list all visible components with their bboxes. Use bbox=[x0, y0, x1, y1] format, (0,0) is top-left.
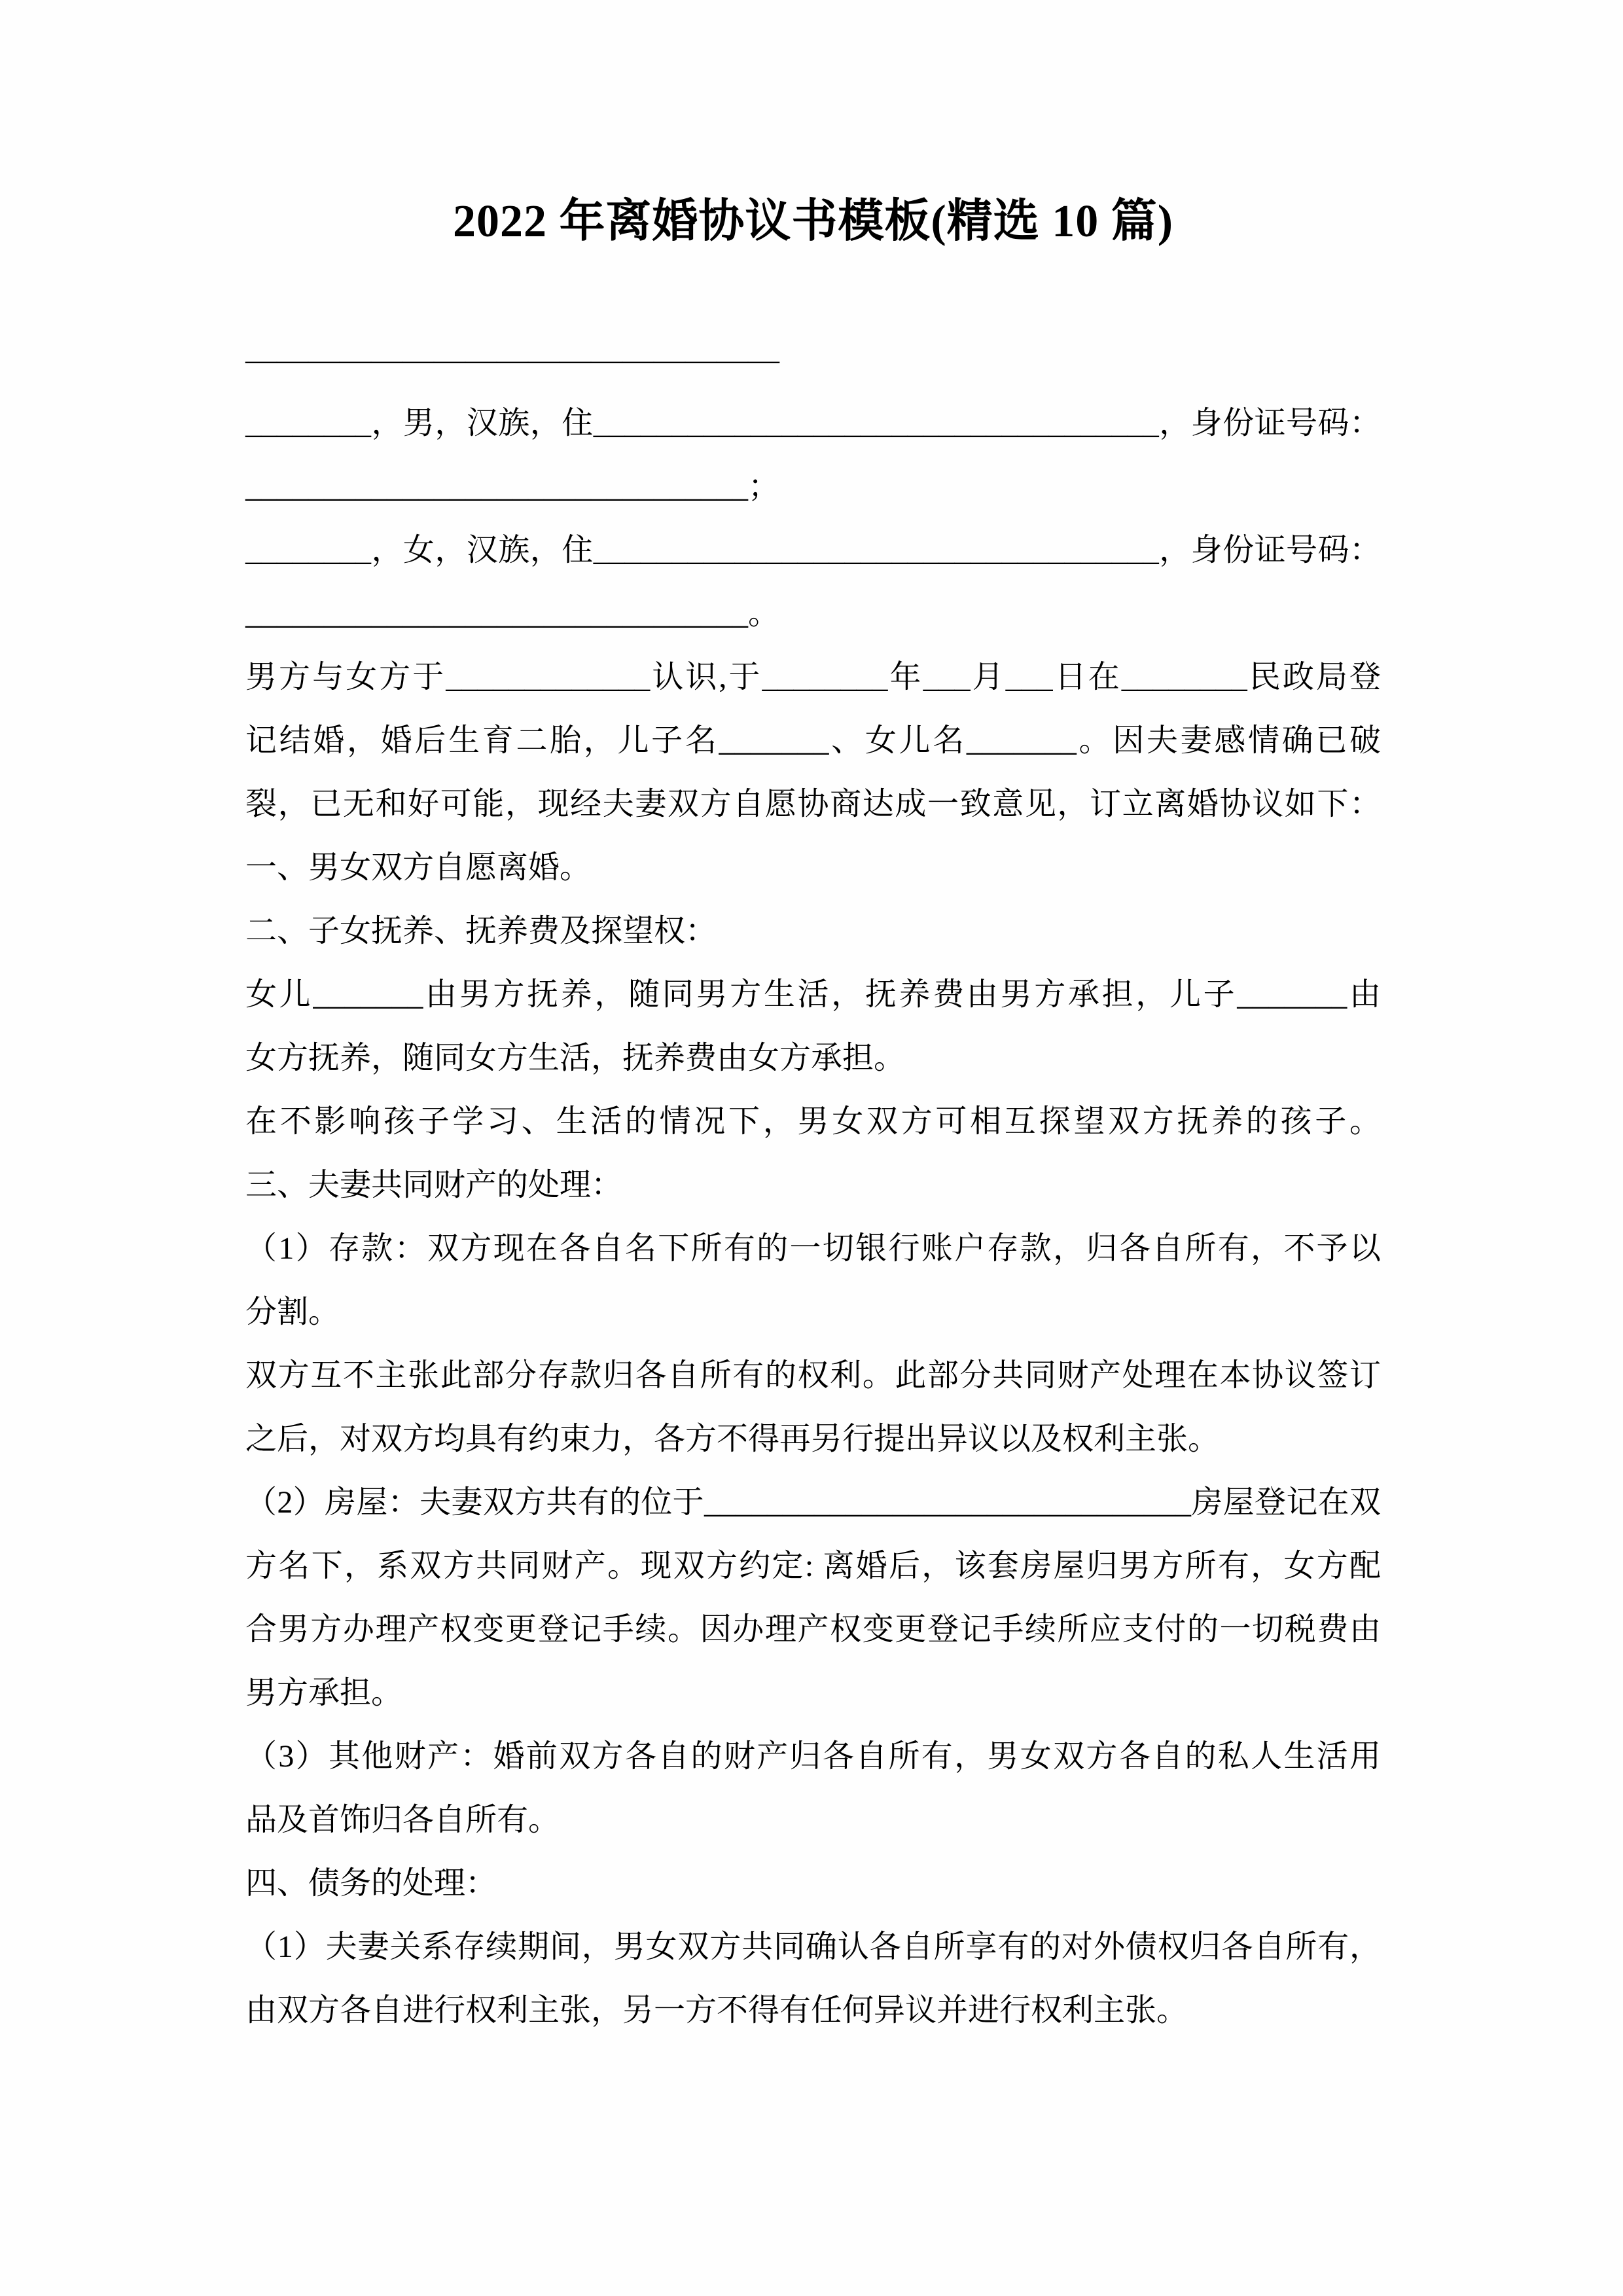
text-line: ________，女，汉族，住_________________________… bbox=[245, 518, 1381, 582]
text-line-content: （2）房屋：夫妻双方共有的位于_________________________… bbox=[245, 1485, 1381, 1520]
text-line: 由双方各自进行权利主张，另一方不得有任何异议并进行权利主张。 bbox=[245, 1979, 1381, 2042]
text-line-content: 男方承担。 bbox=[245, 1676, 402, 1710]
text-line: ________________________________。 bbox=[245, 582, 1381, 645]
text-line: 双方互不主张此部分存款归各自所有的权利。此部分共同财产处理在本协议签订 bbox=[245, 1344, 1381, 1407]
text-line: 男方承担。 bbox=[245, 1661, 1381, 1725]
text-line: （1）夫妻关系存续期间，男女双方共同确认各自所享有的对外债权归各自所有， bbox=[245, 1915, 1381, 1979]
text-line: 一、男女双方自愿离婚。 bbox=[245, 836, 1381, 899]
text-line: 合男方办理产权变更登记手续。因办理产权变更登记手续所应支付的一切税费由 bbox=[245, 1598, 1381, 1661]
text-line: 四、债务的处理： bbox=[245, 1852, 1381, 1915]
text-line-content: 女儿_______由男方抚养，随同男方生活，抚养费由男方承担，儿子_______… bbox=[245, 977, 1381, 1012]
text-line: 在不影响孩子学习、生活的情况下，男女双方可相互探望双方抚养的孩子。 bbox=[245, 1090, 1381, 1153]
text-line-content: 男方与女方于_____________认识,于________年___月___日… bbox=[245, 660, 1381, 694]
text-line-content: 在不影响孩子学习、生活的情况下，男女双方可相互探望双方抚养的孩子。 bbox=[245, 1104, 1381, 1139]
text-line: 品及首饰归各自所有。 bbox=[245, 1788, 1381, 1852]
text-line-content: 品及首饰归各自所有。 bbox=[245, 1803, 560, 1837]
text-line-content: 裂，已无和好可能，现经夫妻双方自愿协商达成一致意见，订立离婚协议如下： bbox=[245, 787, 1381, 821]
text-line-content: ________________________________； bbox=[245, 469, 779, 504]
text-line-content: 双方互不主张此部分存款归各自所有的权利。此部分共同财产处理在本协议签订 bbox=[245, 1358, 1381, 1393]
text-line: 分割。 bbox=[245, 1280, 1381, 1344]
text-line: ________________________________； bbox=[245, 455, 1381, 518]
text-line-content: ________________________________。 bbox=[245, 596, 779, 631]
text-line: 男方与女方于_____________认识,于________年___月___日… bbox=[245, 645, 1381, 709]
text-line-content: ________，女，汉族，住_________________________… bbox=[245, 533, 1381, 567]
text-line-content: 由双方各自进行权利主张，另一方不得有任何异议并进行权利主张。 bbox=[245, 1993, 1188, 2028]
text-line: （1）存款：双方现在各自名下所有的一切银行账户存款，归各自所有，不予以 bbox=[245, 1217, 1381, 1280]
text-line: （3）其他财产：婚前双方各自的财产归各自所有，男女双方各自的私人生活用 bbox=[245, 1725, 1381, 1788]
text-line: 之后，对双方均具有约束力，各方不得再另行提出异议以及权利主张。 bbox=[245, 1407, 1381, 1471]
text-line-content: 四、债务的处理： bbox=[245, 1866, 497, 1901]
text-line: 三、夫妻共同财产的处理： bbox=[245, 1153, 1381, 1217]
text-line: ————————————————— bbox=[245, 328, 1381, 391]
document-title: 2022 年离婚协议书模板(精选 10 篇) bbox=[245, 193, 1381, 251]
text-line-content: （1）夫妻关系存续期间，男女双方共同确认各自所享有的对外债权归各自所有， bbox=[245, 1929, 1381, 1964]
text-line: （2）房屋：夫妻双方共有的位于_________________________… bbox=[245, 1471, 1381, 1534]
text-line-content: 一、男女双方自愿离婚。 bbox=[245, 850, 591, 885]
text-line: 女儿_______由男方抚养，随同男方生活，抚养费由男方承担，儿子_______… bbox=[245, 963, 1381, 1026]
text-line-content: 合男方办理产权变更登记手续。因办理产权变更登记手续所应支付的一切税费由 bbox=[245, 1612, 1381, 1647]
text-line-content: 分割。 bbox=[245, 1295, 340, 1329]
text-line: 方名下，系双方共同财产。现双方约定: 离婚后，该套房屋归男方所有，女方配 bbox=[245, 1534, 1381, 1598]
text-line-content: 记结婚，婚后生育二胎，儿子名_______、女儿名_______。因夫妻感情确已… bbox=[245, 723, 1381, 758]
text-line-content: （3）其他财产：婚前双方各自的财产归各自所有，男女双方各自的私人生活用 bbox=[245, 1739, 1381, 1774]
text-line: 记结婚，婚后生育二胎，儿子名_______、女儿名_______。因夫妻感情确已… bbox=[245, 709, 1381, 772]
text-line: ________，男，汉族，住_________________________… bbox=[245, 391, 1381, 455]
document-page: 2022 年离婚协议书模板(精选 10 篇) —————————————————… bbox=[0, 0, 1623, 2296]
document-body: ————————————————— ________，男，汉族，住_______… bbox=[245, 328, 1381, 2042]
text-line-content: 女方抚养，随同女方生活，抚养费由女方承担。 bbox=[245, 1041, 905, 1075]
text-line-content: 二、子女抚养、抚养费及探望权： bbox=[245, 914, 717, 948]
text-line-content: ————————————————— bbox=[245, 342, 779, 377]
text-line: 二、子女抚养、抚养费及探望权： bbox=[245, 899, 1381, 963]
text-line-content: 之后，对双方均具有约束力，各方不得再另行提出异议以及权利主张。 bbox=[245, 1422, 1219, 1456]
text-line: 裂，已无和好可能，现经夫妻双方自愿协商达成一致意见，订立离婚协议如下： bbox=[245, 772, 1381, 836]
text-line: 女方抚养，随同女方生活，抚养费由女方承担。 bbox=[245, 1026, 1381, 1090]
text-line-content: 三、夫妻共同财产的处理： bbox=[245, 1168, 622, 1202]
text-line-content: （1）存款：双方现在各自名下所有的一切银行账户存款，归各自所有，不予以 bbox=[245, 1231, 1381, 1266]
text-line-content: 方名下，系双方共同财产。现双方约定: 离婚后，该套房屋归男方所有，女方配 bbox=[245, 1549, 1381, 1583]
text-line-content: ________，男，汉族，住_________________________… bbox=[245, 406, 1381, 440]
